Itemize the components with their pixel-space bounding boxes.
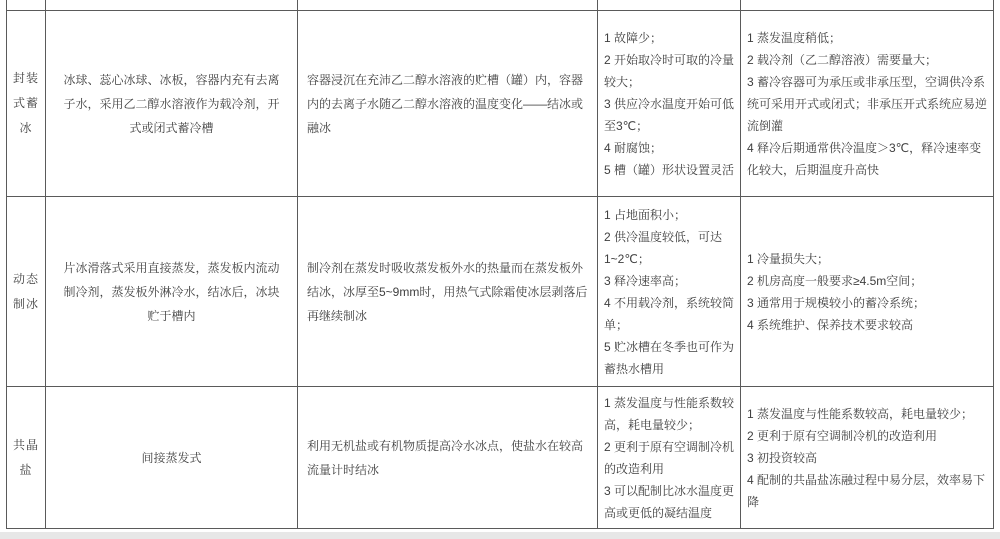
- cropped-cell: [7, 0, 46, 11]
- advantages-cell: 1 占地面积小； 2 供冷温度较低，可达1~2℃； 3 释冷速率高； 4 不用载…: [598, 197, 741, 387]
- table-row-eutectic-salt: 共晶盐 间接蒸发式 利用无机盐或有机物质提高冷水冰点，使盐水在较高流量计时结冰 …: [7, 387, 994, 529]
- principle-cell: 容器浸沉在充沛乙二醇水溶液的贮槽（罐）内，容器内的去离子水随乙二醇水溶液的温度变…: [298, 11, 598, 197]
- page-bottom-band: [0, 532, 1000, 539]
- page: 封装式蓄冰 冰球、蕊心冰球、冰板，容器内充有去离子水，采用乙二醇水溶液作为载冷剂…: [0, 0, 1000, 539]
- principle-cell: 制冷剂在蒸发时吸收蒸发板外水的热量而在蒸发板外结冰，冰厚至5~9mm时，用热气式…: [298, 197, 598, 387]
- advantages-cell: 1 蒸发温度与性能系数较高，耗电量较少； 2 更利于原有空调制冷机的改造利用 3…: [598, 387, 741, 529]
- cropped-cell: [598, 0, 741, 11]
- principle-cell: 利用无机盐或有机物质提高冷水冰点，使盐水在较高流量计时结冰: [298, 387, 598, 529]
- cropped-row-top: [7, 0, 994, 11]
- form-cell: 间接蒸发式: [46, 387, 298, 529]
- table-row-dynamic-ice: 动态制冰 片冰滑落式采用直接蒸发，蒸发板内流动制冷剂，蒸发板外淋冷水，结冰后，冰…: [7, 197, 994, 387]
- row-type-label: 共晶盐: [7, 387, 46, 529]
- row-type-label: 动态制冰: [7, 197, 46, 387]
- disadvantages-cell: 1 蒸发温度与性能系数较高，耗电量较少； 2 更利于原有空调制冷机的改造利用 3…: [741, 387, 994, 529]
- ice-storage-comparison-table: 封装式蓄冰 冰球、蕊心冰球、冰板，容器内充有去离子水，采用乙二醇水溶液作为载冷剂…: [6, 0, 994, 529]
- cropped-cell: [298, 0, 598, 11]
- disadvantages-cell: 1 冷量损失大； 2 机房高度一般要求≥4.5m空间； 3 通常用于规模较小的蓄…: [741, 197, 994, 387]
- form-cell: 片冰滑落式采用直接蒸发，蒸发板内流动制冷剂，蒸发板外淋冷水，结冰后，冰块贮于槽内: [46, 197, 298, 387]
- disadvantages-cell: 1 蒸发温度稍低； 2 载冷剂（乙二醇溶液）需要量大； 3 蓄冷容器可为承压或非…: [741, 11, 994, 197]
- form-cell: 冰球、蕊心冰球、冰板，容器内充有去离子水，采用乙二醇水溶液作为载冷剂，开式或闭式…: [46, 11, 298, 197]
- table-row-encapsulated-ice: 封装式蓄冰 冰球、蕊心冰球、冰板，容器内充有去离子水，采用乙二醇水溶液作为载冷剂…: [7, 11, 994, 197]
- advantages-cell: 1 故障少； 2 开始取冷时可取的冷量较大； 3 供应冷水温度开始可低至3℃； …: [598, 11, 741, 197]
- cropped-cell: [46, 0, 298, 11]
- cropped-cell: [741, 0, 994, 11]
- row-type-label: 封装式蓄冰: [7, 11, 46, 197]
